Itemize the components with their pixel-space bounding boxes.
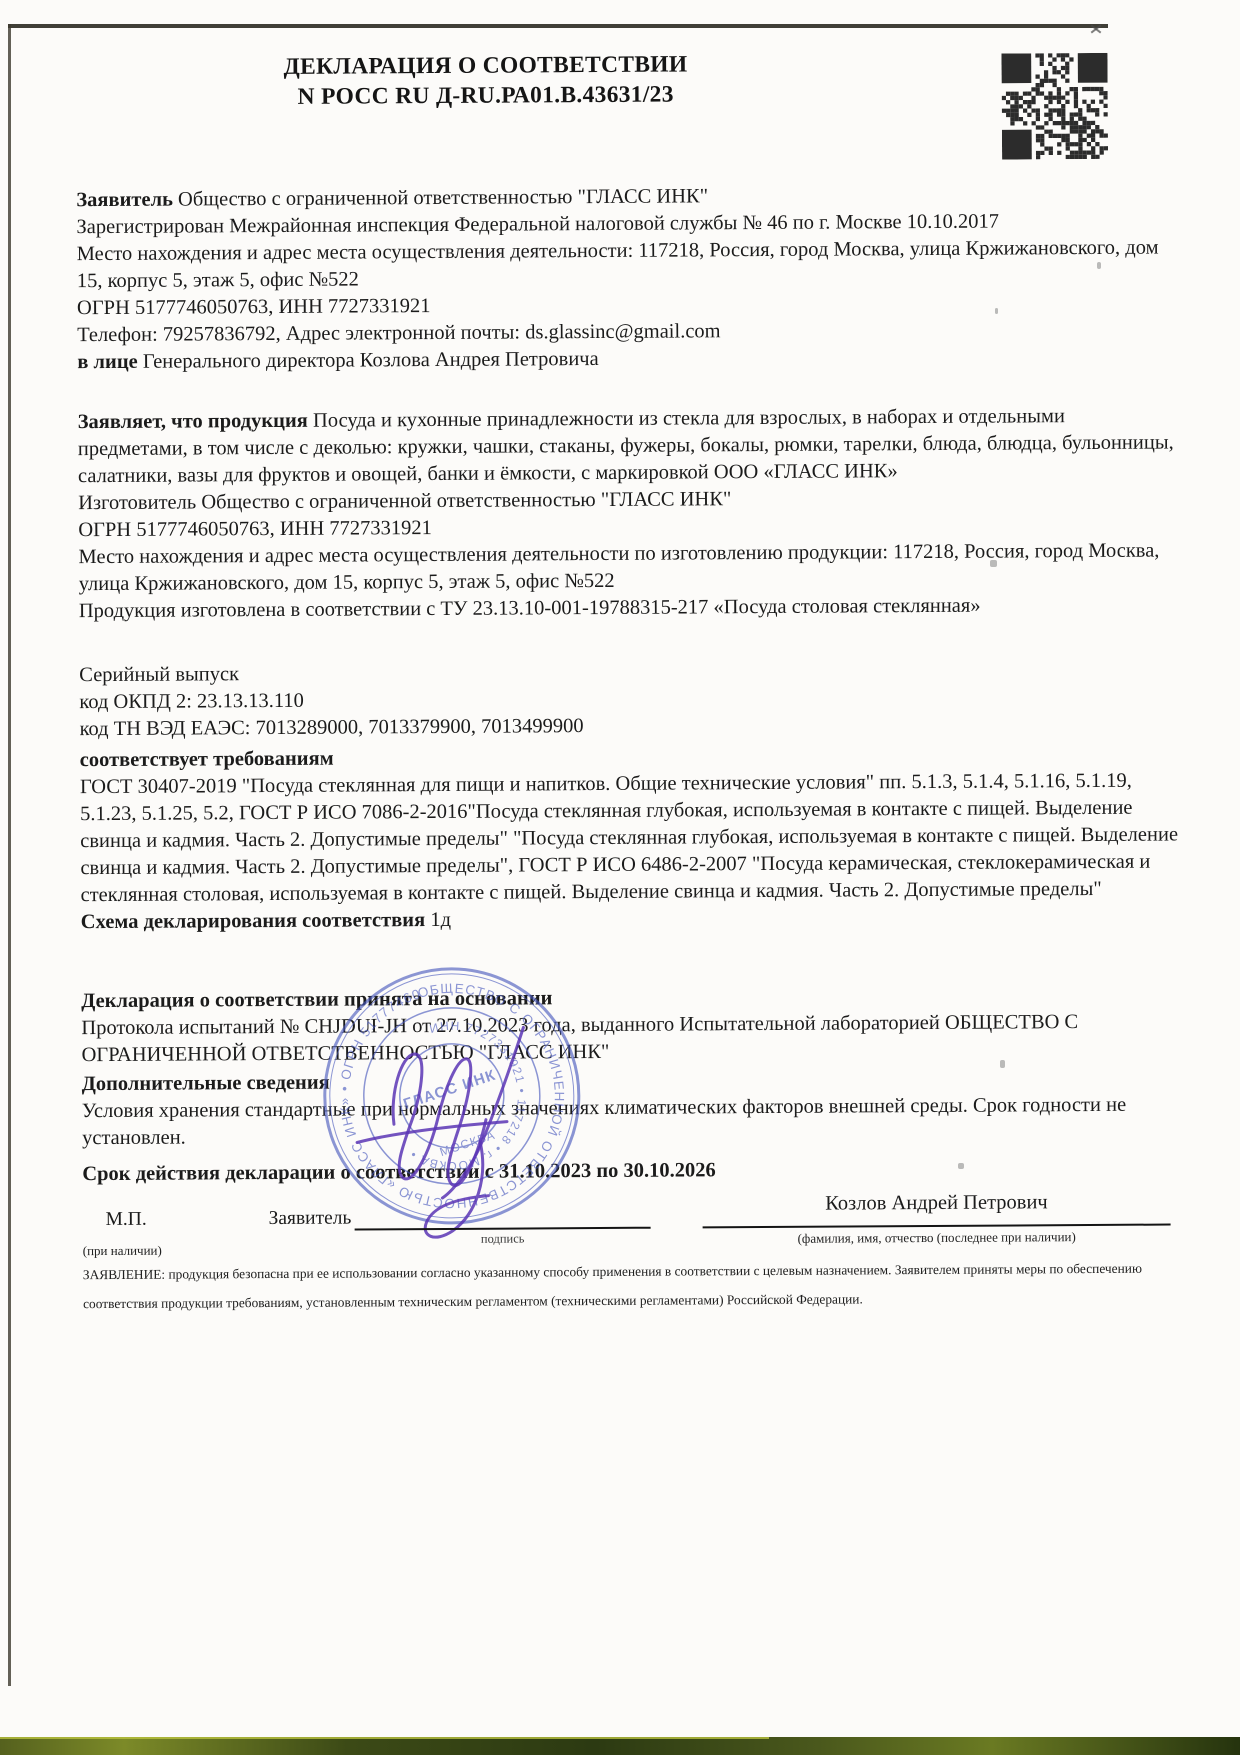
applicant-section: Заявитель Общество с ограниченной ответс… <box>76 180 1177 376</box>
mp-label: М.П. <box>105 1209 146 1231</box>
scanned-declaration-document: ДЕКЛАРАЦИЯ О СООТВЕТСТВИИ N РОСС RU Д-RU… <box>0 0 1240 1755</box>
scheme-value: 1д <box>430 909 451 931</box>
title-line-2: N РОСС RU Д-RU.РА01.В.43631/23 <box>136 79 836 113</box>
in-person-name: Генерального директора Козлова Андрея Пе… <box>143 348 599 373</box>
requirements-text: ГОСТ 30407-2019 "Посуда стеклянная для п… <box>80 767 1181 909</box>
signature-ink <box>356 1027 524 1237</box>
product-label: Заявляет, что продукция <box>78 410 313 433</box>
name-line <box>703 1224 1171 1229</box>
manufacturer-address: Место нахождения и адрес места осуществл… <box>78 537 1178 598</box>
signer-name: Козлов Андрей Петрович <box>702 1191 1170 1217</box>
mp-note: (при наличии) <box>83 1243 162 1259</box>
applicant-label: Заявитель <box>76 189 178 212</box>
in-person-label: в лице <box>77 351 143 373</box>
codes-section: Серийный выпуск код ОКПД 2: 23.13.13.110… <box>79 655 1179 743</box>
document-title: ДЕКЛАРАЦИЯ О СООТВЕТСТВИИ N РОСС RU Д-RU… <box>135 49 835 113</box>
scheme-line: Схема декларирования соответствия 1д <box>81 902 1181 936</box>
product-paragraph: Заявляет, что продукция Посуда и кухонны… <box>78 402 1178 490</box>
tnved-code: код ТН ВЭД ЕАЭС: 7013289000, 7013379900,… <box>79 709 1179 743</box>
footer-statement: ЗАЯВЛЕНИЕ: продукция безопасна при ее ис… <box>83 1254 1168 1319</box>
qr-code-svg <box>1001 53 1108 160</box>
qr-code <box>1001 53 1108 160</box>
manufacturer-tu: Продукция изготовлена в соответствии с Т… <box>79 591 1179 625</box>
applicant-address: Место нахождения и адрес места осуществл… <box>77 234 1177 295</box>
requirements-section: соответствует требованиям ГОСТ 30407-201… <box>80 740 1181 936</box>
applicant-name: Общество с ограниченной ответственностью… <box>178 185 708 210</box>
title-line-1: ДЕКЛАРАЦИЯ О СООТВЕТСТВИИ <box>135 49 835 83</box>
footer-statement-text: ЗАЯВЛЕНИЕ: продукция безопасна при ее ис… <box>83 1254 1168 1319</box>
product-section: Заявляет, что продукция Посуда и кухонны… <box>78 402 1179 625</box>
scheme-label: Схема декларирования соответствия <box>81 909 431 933</box>
signature-caption: подпись <box>355 1231 651 1248</box>
document-content: ДЕКЛАРАЦИЯ О СООТВЕТСТВИИ N РОСС RU Д-RU… <box>0 0 1240 1755</box>
applicant-signature-label: Заявитель <box>268 1208 351 1231</box>
name-caption: (фамилия, имя, отчество (последнее при н… <box>703 1229 1171 1248</box>
applicant-in-person: в лице Генерального директора Козлова Ан… <box>77 342 1177 376</box>
